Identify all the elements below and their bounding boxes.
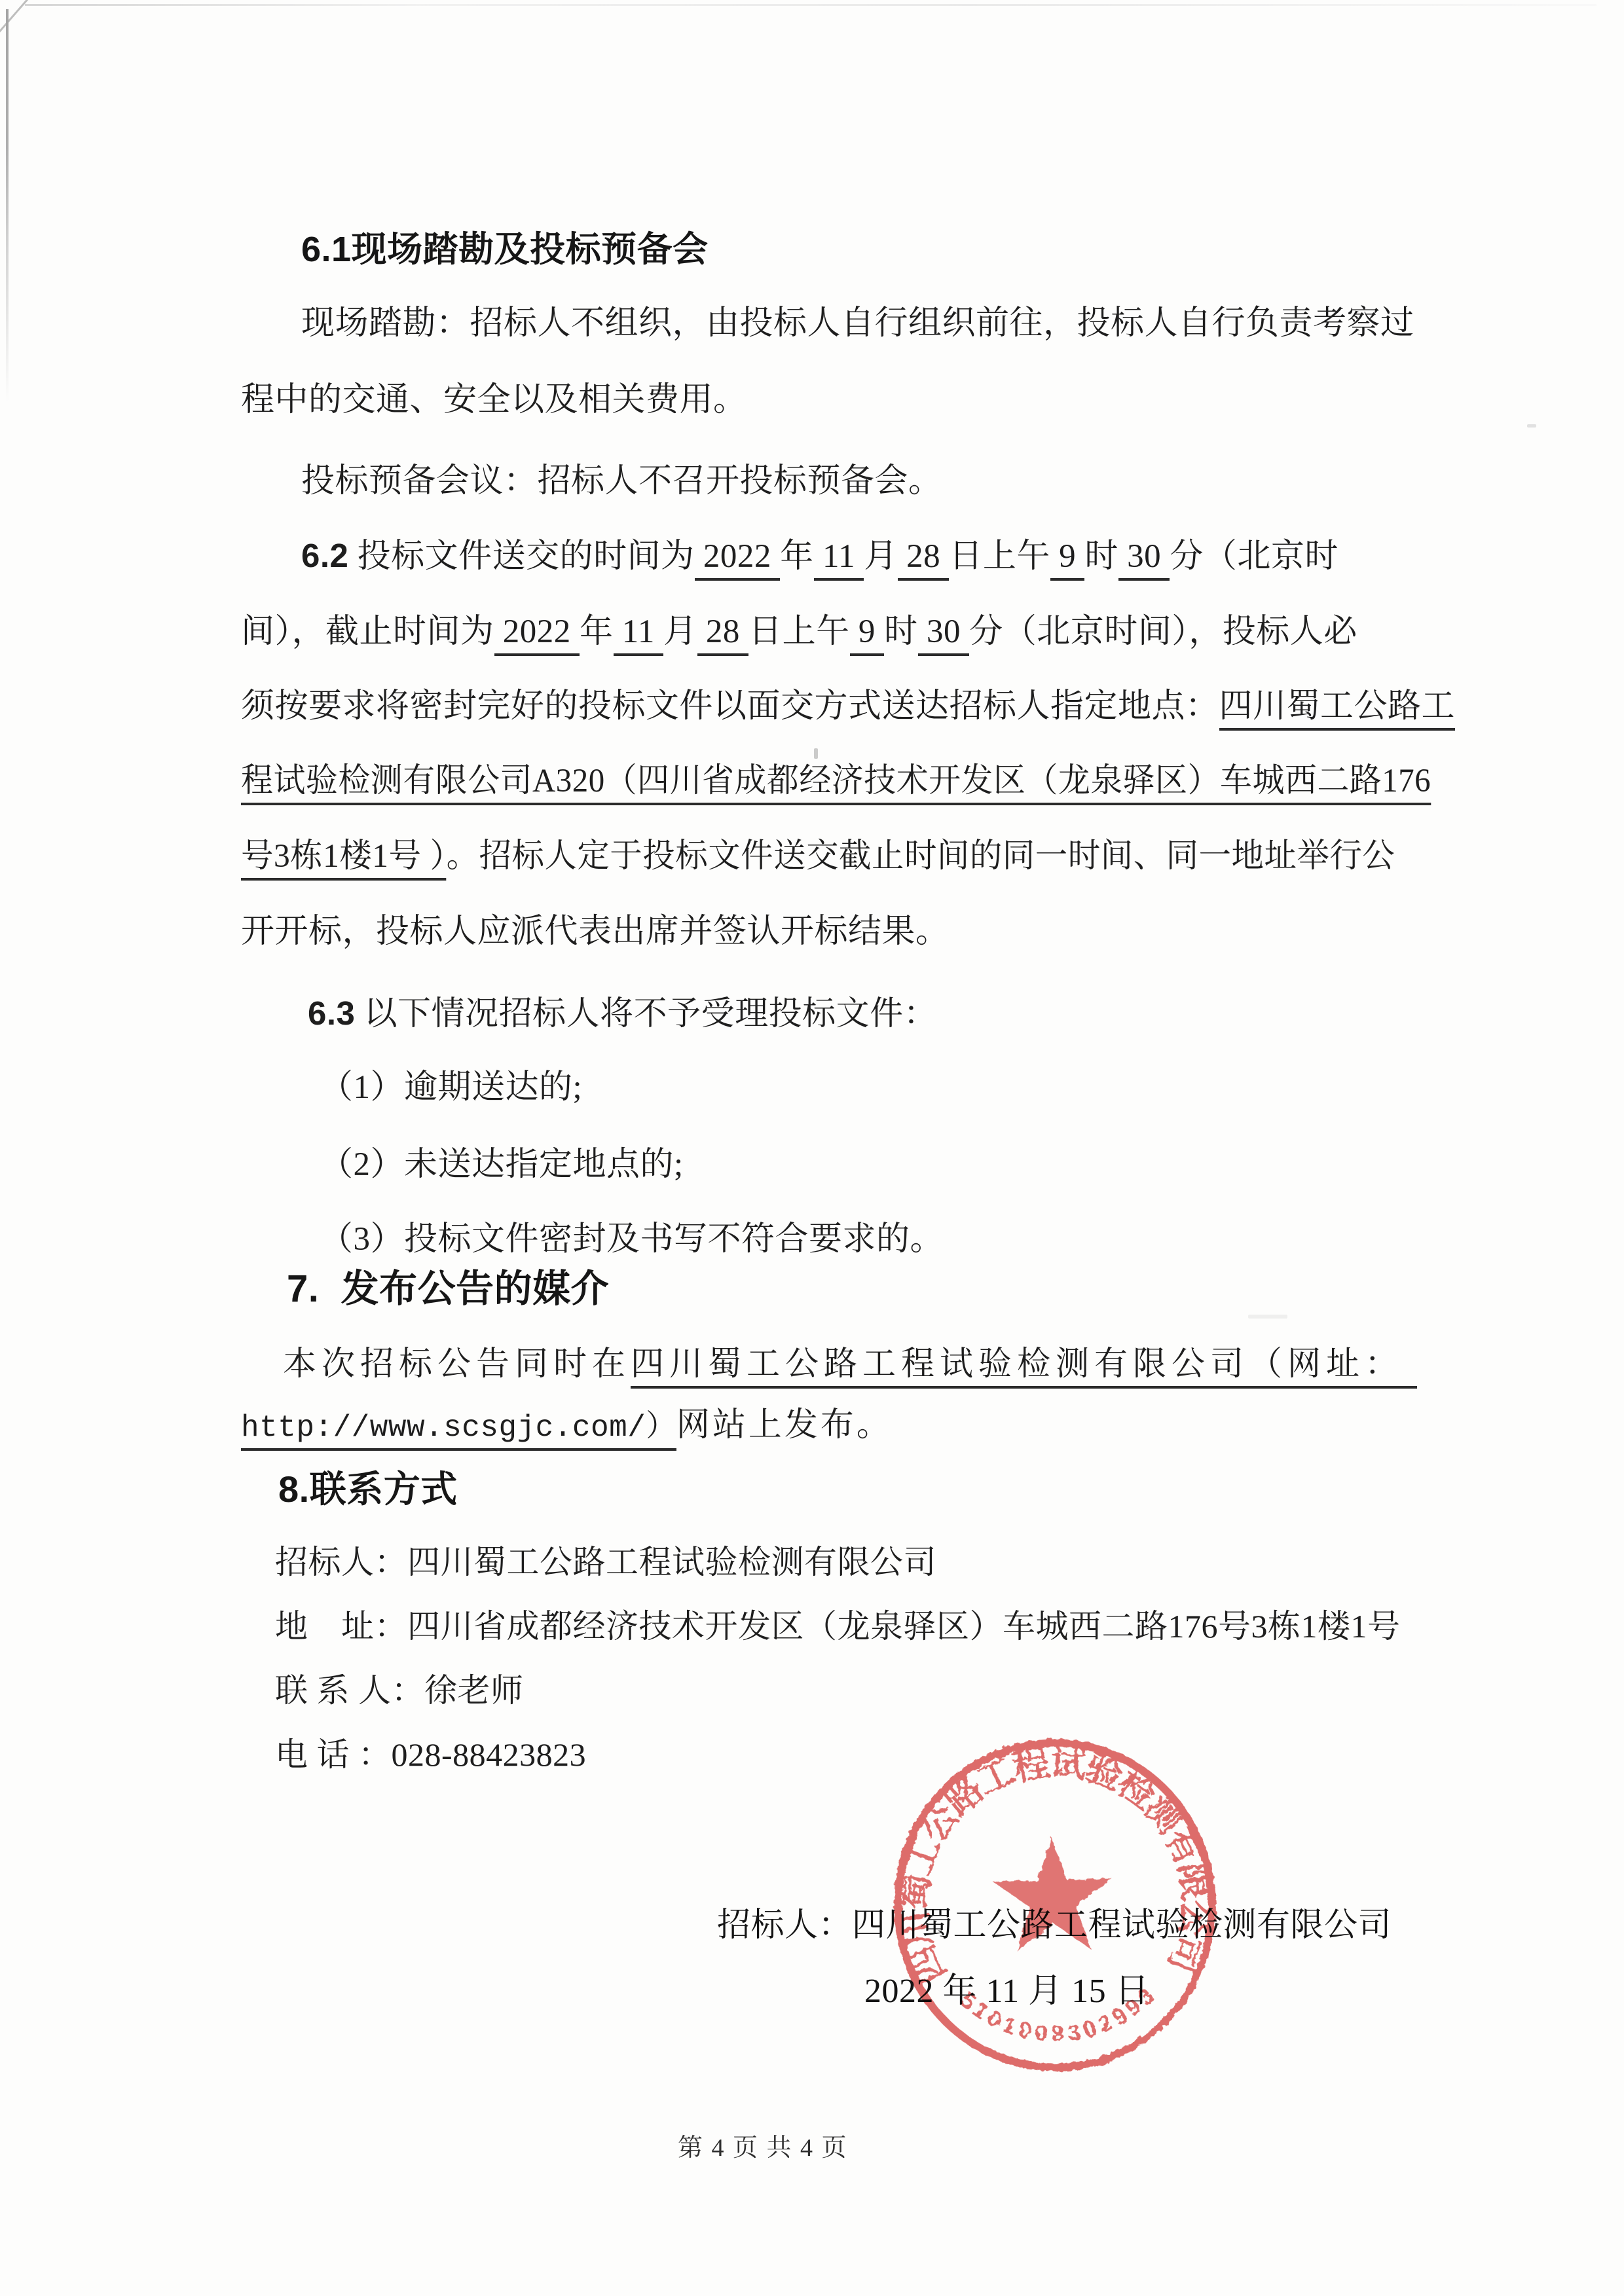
text-run: 投标文件送交的时间为 <box>348 538 694 575</box>
heading-6-1: 6.1现场踏勘及投标预备会 <box>301 229 709 270</box>
text-run: 年 <box>780 538 814 575</box>
text-run: 。招标人定于投标文件送交截止时间的同一时间、同一地址举行公 <box>447 838 1395 875</box>
blank-hour: 9 <box>1050 538 1085 581</box>
text-run: 月 <box>663 613 697 650</box>
text-run: 分（北京时间），投标人必 <box>969 613 1357 650</box>
seal-star-icon <box>991 1835 1114 1952</box>
para-6-1-line1: 现场踏勘：招标人不组织，由投标人自行组织前往，投标人自行负责考察过 <box>301 304 1414 343</box>
list-item-3: （3）投标文件密封及书写不符合要求的。 <box>320 1220 944 1259</box>
blank-day: 28 <box>697 613 749 656</box>
blank-month: 11 <box>814 538 864 581</box>
address-underlined: 程试验检测有限公司A320（四川省成都经济技术开发区（龙泉驿区）车城西二路176 <box>241 763 1431 805</box>
text-run: 日上午 <box>748 613 850 650</box>
para-6-2-line3: 须按要求将密封完好的投标文件以面交方式送达招标人指定地点：四川蜀工公路工 <box>241 687 1455 726</box>
text-run: 本次招标公告同时在 <box>283 1346 631 1383</box>
text-run: 时 <box>884 613 918 650</box>
para-6-2-line6: 开开标，投标人应派代表出席并签认开标结果。 <box>241 913 950 951</box>
scan-speck <box>814 748 818 759</box>
text-run: 分（北京时 <box>1170 538 1338 575</box>
blank-month: 11 <box>614 613 664 656</box>
heading-6-3: 6.3 以下情况招标人将不予受理投标文件： <box>308 994 937 1034</box>
para-6-2-line1: 6.2 投标文件送交的时间为 2022 年 11 月 28 日上午 9 时 30… <box>301 537 1338 576</box>
para-6-2-line2: 间），截止时间为 2022 年 11 月 28 日上午 9 时 30 分（北京时… <box>241 613 1357 651</box>
list-item-2: （2）未送达指定地点的; <box>320 1146 684 1184</box>
scan-speck <box>1248 1315 1287 1319</box>
scan-artifact-left-line <box>6 9 9 402</box>
clause-number: 6.2 <box>301 537 348 574</box>
text-run: 日上午 <box>949 538 1050 575</box>
publisher-underlined: 四川蜀工公路工程试验检测有限公司（网址： <box>631 1346 1417 1389</box>
text-run: 年 <box>580 613 614 650</box>
text-run: 网站上发布。 <box>676 1407 893 1444</box>
contact-tenderer: 招标人：四川蜀工公路工程试验检测有限公司 <box>275 1544 936 1582</box>
seal-serial-number: 5101008302993 <box>954 1982 1160 2049</box>
text-run: 须按要求将密封完好的投标文件以面交方式送达招标人指定地点： <box>241 688 1219 725</box>
text-run: 以下情况招标人将不予受理投标文件： <box>355 996 937 1032</box>
scanned-tender-notice-page: 6.1现场踏勘及投标预备会 现场踏勘：招标人不组织，由投标人自行组织前往，投标人… <box>0 0 1624 2296</box>
company-seal-stamp: 四川蜀工公路工程试验检测有限公司 5101008302993 <box>883 1730 1228 2085</box>
blank-year: 2022 <box>695 538 781 581</box>
blank-day: 28 <box>898 538 950 581</box>
website-url: http://www.scsgjc.com/） <box>241 1411 676 1451</box>
scan-artifact-corner-line <box>0 0 29 35</box>
scan-artifact-top-line <box>25 4 1596 6</box>
contact-address: 地 址：四川省成都经济技术开发区（龙泉驿区）车城西二路176号3栋1楼1号 <box>275 1608 1401 1646</box>
blank-year: 2022 <box>494 613 580 656</box>
scan-speck <box>1527 424 1536 428</box>
address-underlined: 号3栋1楼1号 ） <box>241 838 447 881</box>
text-run: 时 <box>1084 538 1118 575</box>
para-6-2-line5: 号3栋1楼1号 ）。招标人定于投标文件送交截止时间的同一时间、同一地址举行公 <box>241 837 1395 876</box>
blank-minute: 30 <box>918 613 970 656</box>
page-number-footer: 第 4 页 共 4 页 <box>678 2134 848 2163</box>
address-underlined: 四川蜀工公路工 <box>1219 688 1456 731</box>
para-7-line1: 本次招标公告同时在四川蜀工公路工程试验检测有限公司（网址： <box>283 1345 1417 1384</box>
contact-phone: 电 话 ：028-88423823 <box>275 1736 586 1774</box>
blank-minute: 30 <box>1118 538 1170 581</box>
blank-hour: 9 <box>850 613 885 656</box>
para-6-1-line2: 程中的交通、安全以及相关费用。 <box>241 381 747 420</box>
heading-7: 7. 发布公告的媒介 <box>287 1267 609 1311</box>
text-run: 间），截止时间为 <box>241 613 494 650</box>
heading-8: 8.联系方式 <box>278 1468 458 1510</box>
seal-serial-arc-text: 5101008302993 <box>954 1982 1160 2049</box>
para-6-2-line4: 程试验检测有限公司A320（四川省成都经济技术开发区（龙泉驿区）车城西二路176 <box>241 762 1431 801</box>
text-run: 月 <box>864 538 898 575</box>
list-item-1: （1）逾期送达的; <box>320 1068 582 1107</box>
clause-number: 6.3 <box>308 994 355 1032</box>
para-7-line2: http://www.scsgjc.com/）网站上发布。 <box>241 1406 893 1446</box>
para-6-1-line3: 投标预备会议：招标人不召开投标预备会。 <box>301 462 942 501</box>
contact-person: 联 系 人：徐老师 <box>275 1672 524 1710</box>
